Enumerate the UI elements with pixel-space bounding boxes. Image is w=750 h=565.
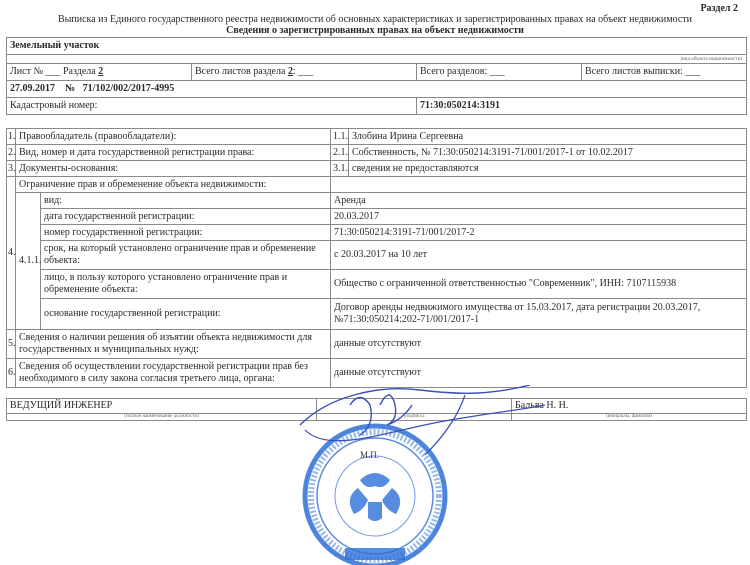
- table-row: номер государственной регистрации: 71:30…: [7, 225, 747, 241]
- document-title: Выписка из Единого государственного реес…: [0, 14, 750, 25]
- object-type-caption: (вид объекта недвижимости): [7, 55, 747, 64]
- handwritten-signature-icon: [290, 385, 550, 485]
- document-subtitle: Сведения о зарегистрированных правах на …: [0, 25, 750, 36]
- table-row: лицо, в пользу которого установлено огра…: [7, 270, 747, 299]
- table-row: 3. Документы-основания: 3.1. сведения не…: [7, 161, 747, 177]
- encumbrance-beneficiary: Общество с ограниченной ответственностью…: [331, 270, 747, 299]
- extract-number: 71/102/002/2017-4995: [83, 83, 175, 94]
- section-number: 2: [98, 66, 103, 77]
- table-row: 5. Сведения о наличии решения об изъятии…: [7, 330, 747, 359]
- encumbrance-date: 20.03.2017: [331, 209, 747, 225]
- table-row: 2. Вид, номер и дата государственной рег…: [7, 145, 747, 161]
- extract-date-number: 27.09.2017 № 71/102/002/2017-4995: [7, 81, 747, 98]
- seizure-info: данные отсутствуют: [331, 330, 747, 359]
- right-holder: Злобина Ирина Сергеевна: [349, 129, 747, 145]
- encumbrance-type: Аренда: [331, 193, 747, 209]
- object-type: Земельный участок: [7, 38, 747, 55]
- section-number-label: Раздела: [63, 66, 96, 77]
- table-row: 6. Сведения об осуществлении государстве…: [7, 359, 747, 388]
- table-row: 4. Ограничение прав и обременение объект…: [7, 177, 747, 193]
- object-header-table: Земельный участок (вид объекта недвижимо…: [6, 37, 747, 115]
- rights-table: 1. Правообладатель (правообладатели): 1.…: [6, 128, 747, 388]
- total-sheets-extract-cell: Всего листов выписки: ___: [582, 64, 747, 81]
- consent-info: данные отсутствуют: [331, 359, 747, 388]
- table-row: дата государственной регистрации: 20.03.…: [7, 209, 747, 225]
- encumbrance-number: 71:30:050214:3191-71/001/2017-2: [331, 225, 747, 241]
- right-registration: Собственность, № 71:30:050214:3191-71/00…: [349, 145, 747, 161]
- section-label: Раздел 2: [700, 3, 738, 14]
- official-position: ВЕДУЩИЙ ИНЖЕНЕР: [7, 399, 317, 414]
- table-row: 4.1.1. вид: Аренда: [7, 193, 747, 209]
- basis-documents: сведения не предоставляются: [349, 161, 747, 177]
- encumbrance-sub-number: 4.1.1.: [16, 193, 41, 330]
- total-sections-cell: Всего разделов: ___: [417, 64, 582, 81]
- sheet-number-cell: Лист № ___ Раздела 2: [7, 64, 192, 81]
- encumbrance-label: Ограничение прав и обременение объекта н…: [16, 177, 331, 193]
- encumbrance-term: с 20.03.2017 на 10 лет: [331, 241, 747, 270]
- table-row: основание государственной регистрации: Д…: [7, 299, 747, 330]
- encumbrance-basis: Договор аренды недвижимого имущества от …: [331, 299, 747, 330]
- bleed-through-text: [10, 515, 12, 525]
- table-row: срок, на который установлено ограничение…: [7, 241, 747, 270]
- extract-date: 27.09.2017: [10, 83, 55, 94]
- sheet-label: Лист №: [10, 66, 43, 77]
- table-row: 1. Правообладатель (правообладатели): 1.…: [7, 129, 747, 145]
- cadastral-number: 71:30:050214:3191: [417, 98, 747, 115]
- cadastral-label: Кадастровый номер:: [7, 98, 417, 115]
- total-sheets-section-cell: Всего листов раздела 2: ___: [192, 64, 417, 81]
